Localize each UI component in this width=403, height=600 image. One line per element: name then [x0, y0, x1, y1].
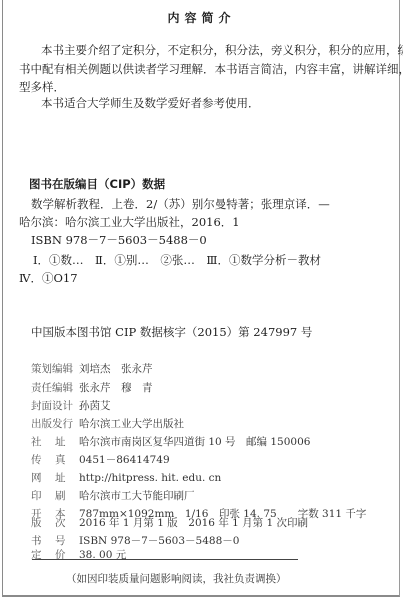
intro-line-2: 书中配有相关例题以供读者学习理解．本书语言简洁，内容丰富，讲解详细，题: [19, 61, 403, 78]
page-title: 内容简介: [0, 9, 403, 26]
cip-classification-1: Ⅰ．①数… Ⅱ．①别… ②张… Ⅲ．①数学分析－教材: [33, 252, 321, 268]
footnote: （如因印装质量问题影响阅读，我社负责调换）: [66, 571, 287, 586]
credit-edition: 版次2016 年 1 月第 1 版 2016 年 1 月第 1 次印刷: [31, 515, 308, 530]
credit-address: 社址哈尔滨市南岗区复华四道街 10 号 邮编 150006: [31, 434, 310, 449]
credit-publisher: 出版发行哈尔滨工业大学出版社: [31, 416, 184, 431]
divider-line: [32, 559, 298, 560]
cip-record-number: 中国版本图书馆 CIP 数据核字（2015）第 247997 号: [31, 324, 312, 340]
cip-publisher-line: 哈尔滨：哈尔滨工业大学出版社，2016．1: [19, 214, 240, 230]
cip-isbn: ISBN 978－7－5603－5488－0: [31, 232, 207, 248]
cip-title-line: 数学解析教程．上卷．2/（苏）别尔曼特著；张理京译．—: [31, 196, 330, 212]
intro-line-4: 本书适合大学师生及数学爱好者参考使用．: [41, 95, 260, 112]
credit-fax: 传真0451－86414749: [31, 452, 170, 467]
credit-cover-design: 封面设计孙茵艾: [31, 398, 111, 413]
credit-planning-editor: 策划编辑刘培杰 张永芹: [31, 361, 153, 376]
intro-line-3: 型多样．: [19, 79, 65, 96]
cip-heading: 图书在版编目（CIP）数据: [29, 176, 165, 192]
credit-printer: 印刷哈尔滨市工大节能印刷厂: [31, 488, 195, 503]
cip-classification-2: Ⅳ．①O17: [19, 270, 78, 286]
credit-responsible-editor: 责任编辑张永芹 穆 青: [31, 380, 153, 395]
intro-line-1: 本书主要介绍了定积分，不定积分，积分法，旁义积分，积分的应用，级数，: [41, 42, 403, 59]
credit-isbn: 书号ISBN 978－7－5603－5488－0: [31, 533, 239, 548]
credit-website: 网址http://hitpress. hit. edu. cn: [31, 470, 221, 485]
